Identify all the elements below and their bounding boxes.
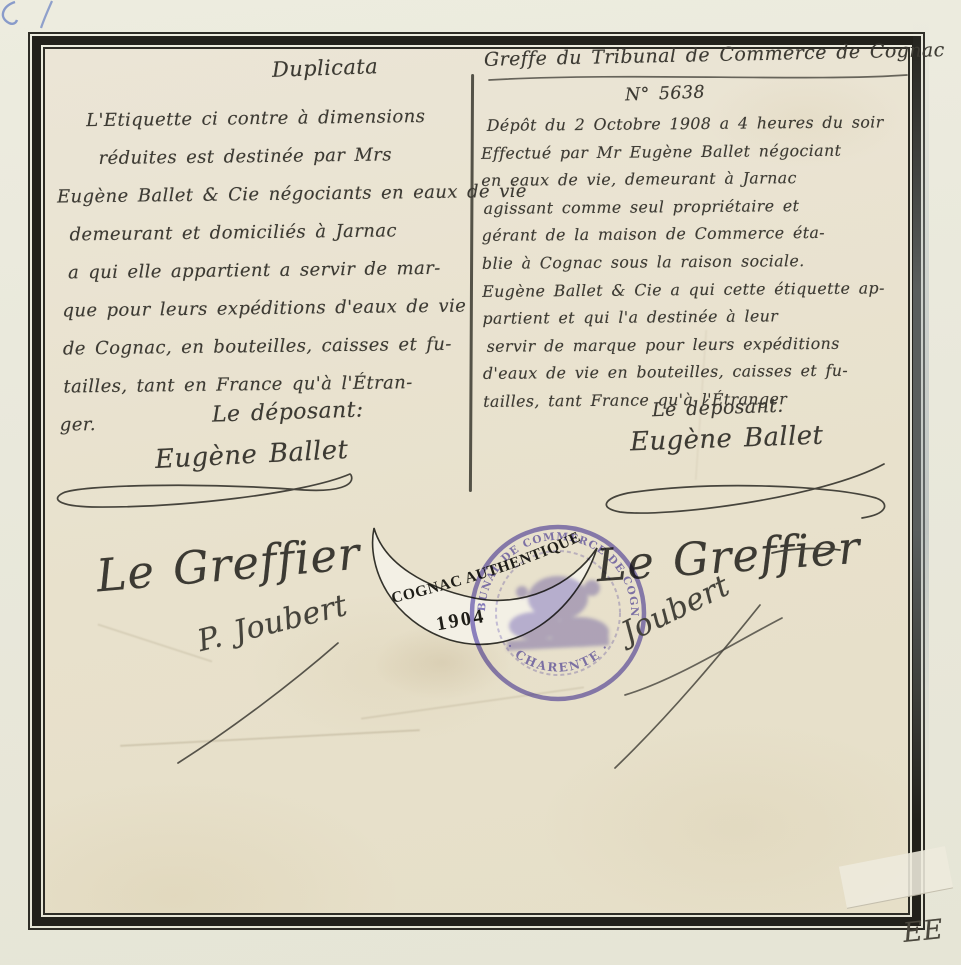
handwritten-line: a qui elle appartient a servir de mar- [58, 249, 472, 292]
signature-flourish-left [48, 468, 368, 526]
paper-fold-right [913, 0, 929, 965]
corner-initials: EE [901, 914, 944, 949]
pencil-marks [0, 0, 70, 40]
stamp-center-smudge [507, 576, 609, 651]
handwritten-line: en eaux de vie, demeurant à Jarnac [481, 163, 913, 194]
deposant-label-right: Le déposant. [652, 395, 784, 422]
handwritten-line: de Cognac, en bouteilles, caisses et fu- [59, 325, 473, 368]
handwritten-line: servir de marque pour leurs expéditions [483, 329, 915, 360]
scanned-document-page: Duplicata L'Etiquette ci contre à dimens… [0, 0, 961, 965]
pencil-stroke [41, 1, 52, 28]
pencil-arc [3, 2, 17, 24]
handwritten-line: blie à Cognac sous la raison sociale. [482, 246, 914, 277]
clerk-signature-tail-right [600, 600, 790, 775]
handwritten-line: Dépôt du 2 Octobre 1908 a 4 heures du so… [481, 108, 913, 139]
clerk-signature-tail-left [170, 635, 345, 770]
handwritten-line: Effectué par Mr Eugène Ballet négociant [481, 136, 913, 167]
handwritten-line: demeurant et domiciliés à Jarnac [57, 211, 471, 254]
deposant-label-left: Le déposant: [212, 397, 364, 427]
right-column: Dépôt du 2 Octobre 1908 a 4 heures du so… [481, 108, 916, 415]
handwritten-line: d'eaux de vie en bouteilles, caisses et … [483, 356, 915, 387]
left-column: L'Etiquette ci contre à dimensions rédui… [56, 97, 474, 444]
handwritten-line: Eugène Ballet & Cie a qui cette étiquett… [482, 274, 914, 305]
handwritten-line: Eugène Ballet & Cie négociants en eaux d… [57, 173, 471, 216]
handwritten-line: que pour leurs expéditions d'eaux de vie [58, 287, 472, 330]
handwritten-line: partient et qui l'a destinée à leur [482, 301, 914, 332]
handwritten-line: agissant comme seul propriétaire et [481, 191, 913, 222]
handwritten-line: L'Etiquette ci contre à dimensions [56, 97, 470, 140]
greffier-trailing-stroke [770, 544, 842, 558]
handwritten-line: gérant de la maison de Commerce éta- [482, 218, 914, 249]
handwritten-line: réduites est destinée par Mrs [56, 135, 470, 178]
